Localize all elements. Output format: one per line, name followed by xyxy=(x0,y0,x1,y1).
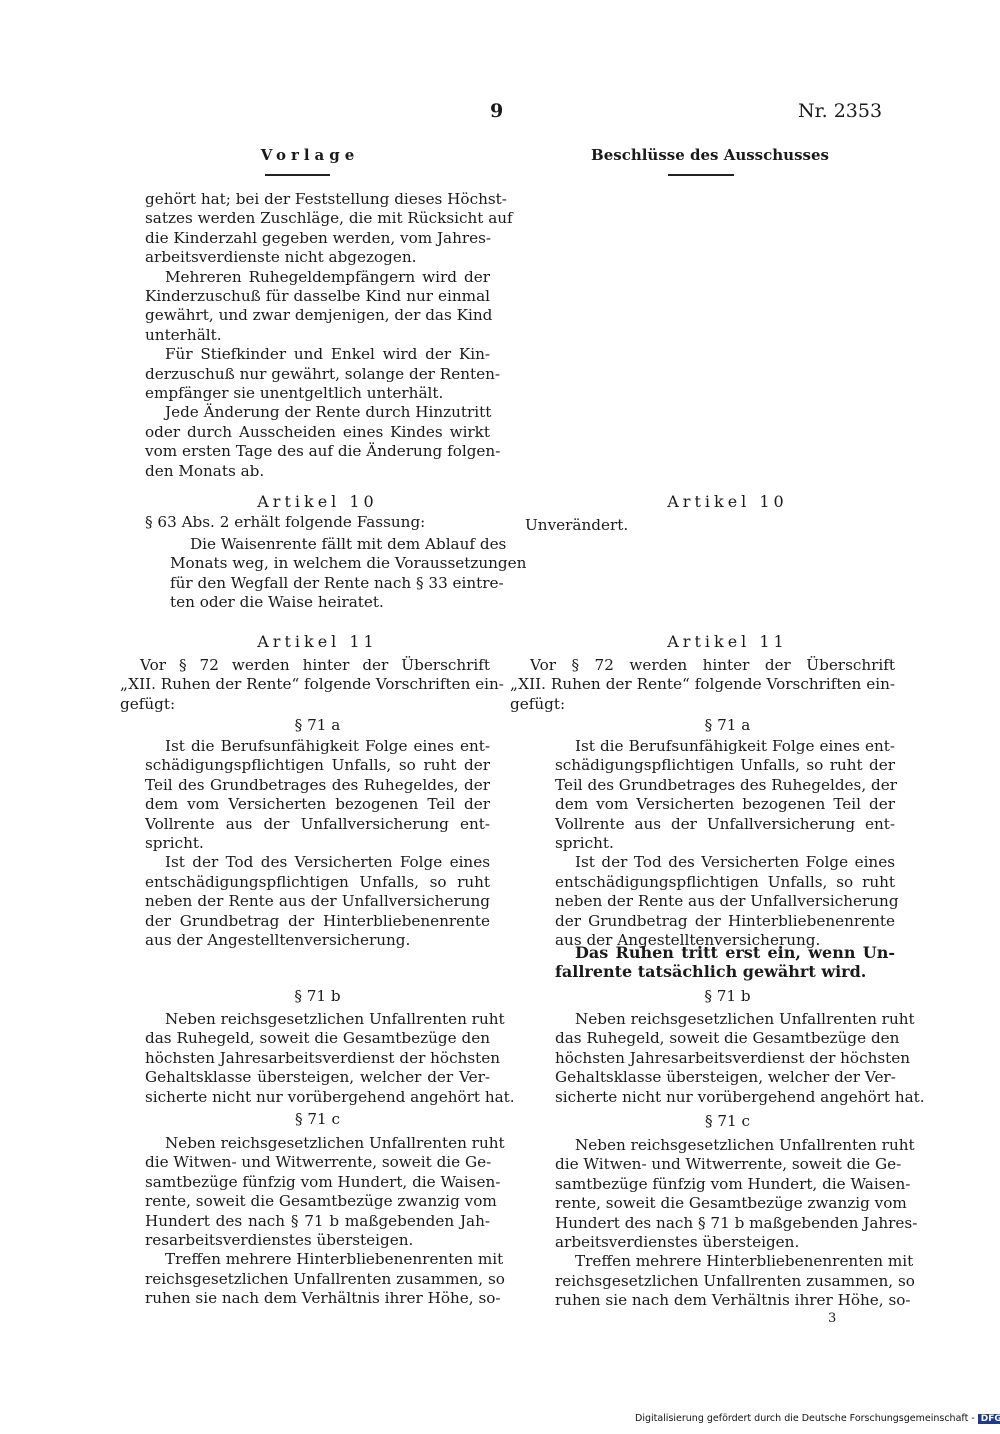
text-line: gehört hat; bei der Feststellung dieses … xyxy=(145,190,490,209)
right-column-title: Beschlüsse des Ausschusses xyxy=(560,146,860,164)
right-title-rule xyxy=(668,174,734,176)
text-line: empfänger sie unentgeltlich unterhält. xyxy=(145,384,490,403)
text-line: das Ruhegeld, soweit die Gesamtbezüge de… xyxy=(555,1029,895,1048)
text-line: samtbezüge fünfzig vom Hundert, die Wais… xyxy=(145,1173,490,1192)
text-line: die Witwen- und Witwerrente, soweit die … xyxy=(145,1153,490,1172)
text-line: ten oder die Waise heiratet. xyxy=(170,593,490,612)
text-line: den Monats ab. xyxy=(145,462,490,481)
text-line: Für Stiefkinder und Enkel wird der Kin- xyxy=(145,345,490,364)
text-line: der Grundbetrag der Hinterbliebenenrente xyxy=(555,912,895,931)
right-art10-text-wrap: Unverändert. xyxy=(525,516,870,535)
document-number: Nr. 2353 xyxy=(798,100,882,122)
text-line: oder durch Ausscheiden eines Kindes wirk… xyxy=(145,423,490,442)
text-line: gefügt: xyxy=(120,695,490,714)
text-line: arbeitsverdienstes übersteigen. xyxy=(555,1233,895,1252)
text-line: Treffen mehrere Hinterbliebenenrenten mi… xyxy=(145,1250,490,1269)
text-line: Teil des Grundbetrages des Ruhegeldes, d… xyxy=(145,776,490,795)
text-line: sicherte nicht nur vorübergehend angehör… xyxy=(555,1088,895,1107)
right-p71b-heading-wrap: § 71 b xyxy=(555,987,900,1006)
text-line: dem vom Versicherten bezogenen Teil der xyxy=(145,795,490,814)
text-line: vom ersten Tage des auf die Änderung fol… xyxy=(145,442,490,461)
text-line: Das Ruhen tritt erst ein, wenn Un- xyxy=(555,943,895,962)
text-line: Jede Änderung der Rente durch Hinzutritt xyxy=(145,403,490,422)
text-line: „XII. Ruhen der Rente“ folgende Vorschri… xyxy=(120,675,490,694)
text-line: Neben reichsgesetzlichen Unfallrenten ru… xyxy=(145,1134,490,1153)
left-p71a-heading: § 71 a xyxy=(145,716,490,735)
text-line: „XII. Ruhen der Rente“ folgende Vorschri… xyxy=(510,675,895,694)
text-line: dem vom Versicherten bezogenen Teil der xyxy=(555,795,895,814)
left-art10-text: Die Waisenrente fällt mit dem Ablauf des… xyxy=(170,535,490,613)
left-p71b-heading-wrap: § 71 b xyxy=(145,987,490,1006)
text-line: Gehaltsklasse übersteigen, welcher der V… xyxy=(145,1068,490,1087)
text-line: Vollrente aus der Unfallversicherung ent… xyxy=(555,815,895,834)
page-number: 9 xyxy=(490,100,503,122)
text-line: arbeitsverdienste nicht abgezogen. xyxy=(145,248,490,267)
left-p71c-text: Neben reichsgesetzlichen Unfallrenten ru… xyxy=(145,1134,490,1309)
text-line: neben der Rente aus der Unfallversicheru… xyxy=(555,892,895,911)
text-line: schädigungspflichtigen Unfalls, so ruht … xyxy=(145,756,490,775)
left-article-10: Artikel 10 § 63 Abs. 2 erhält folgende F… xyxy=(145,492,490,533)
text-line: die Witwen- und Witwerrente, soweit die … xyxy=(555,1155,895,1174)
right-art10-heading: Artikel 10 xyxy=(555,492,900,511)
text-line: Mehreren Ruhegeldempfängern wird der xyxy=(145,268,490,287)
left-art10-heading: Artikel 10 xyxy=(145,492,490,511)
left-p71b-heading: § 71 b xyxy=(145,987,490,1006)
text-line: ruhen sie nach dem Verhältnis ihrer Höhe… xyxy=(555,1291,895,1310)
digitization-credit: Digitalisierung gefördert durch die Deut… xyxy=(635,1413,1000,1424)
text-line: Neben reichsgesetzlichen Unfallrenten ru… xyxy=(555,1136,895,1155)
text-line: Treffen mehrere Hinterbliebenenrenten mi… xyxy=(555,1252,895,1271)
left-art10-lead: § 63 Abs. 2 erhält folgende Fassung: xyxy=(145,513,490,532)
text-line: Ist die Berufsunfähigkeit Folge eines en… xyxy=(555,737,895,756)
text-line: Ist der Tod des Versicherten Folge eines xyxy=(555,853,895,872)
right-p71b-heading: § 71 b xyxy=(555,987,900,1006)
left-p71a-text: Ist die Berufsunfähigkeit Folge eines en… xyxy=(145,737,490,950)
right-p71a-text: Ist die Berufsunfähigkeit Folge eines en… xyxy=(555,737,895,950)
text-line: höchsten Jahresarbeitsverdienst der höch… xyxy=(145,1049,490,1068)
text-line: Die Waisenrente fällt mit dem Ablauf des xyxy=(170,535,490,554)
text-line: rente, soweit die Gesamtbezüge zwanzig v… xyxy=(145,1192,490,1211)
text-line: Vor § 72 werden hinter der Überschrift xyxy=(510,656,895,675)
text-line: satzes werden Zuschläge, die mit Rücksic… xyxy=(145,209,490,228)
text-line: rente, soweit die Gesamtbezüge zwanzig v… xyxy=(555,1194,895,1213)
text-line: Gehaltsklasse übersteigen, welcher der V… xyxy=(555,1068,895,1087)
text-line: unterhält. xyxy=(145,326,490,345)
right-p71c-heading: § 71 c xyxy=(555,1112,900,1131)
text-line: aus der Angestelltenversicherung. xyxy=(145,931,490,950)
left-column-title: Vorlage xyxy=(165,146,455,164)
text-line: die Kinderzahl gegeben werden, vom Jahre… xyxy=(145,229,490,248)
text-line: resarbeitsverdienstes übersteigen. xyxy=(145,1231,490,1250)
text-line: reichsgesetzlichen Unfallrenten zusammen… xyxy=(555,1272,895,1291)
text-line: der Grundbetrag der Hinterbliebenenrente xyxy=(145,912,490,931)
text-line: schädigungspflichtigen Unfalls, so ruht … xyxy=(555,756,895,775)
left-p71a-heading-wrap: § 71 a xyxy=(145,716,490,735)
left-p71b-text: Neben reichsgesetzlichen Unfallrenten ru… xyxy=(145,1010,490,1107)
text-line: ruhen sie nach dem Verhältnis ihrer Höhe… xyxy=(145,1289,490,1308)
text-line: Monats weg, in welchem die Voraussetzung… xyxy=(170,554,490,573)
left-title-rule xyxy=(265,174,330,176)
text-line: gefügt: xyxy=(510,695,895,714)
text-line: samtbezüge fünfzig vom Hundert, die Wais… xyxy=(555,1175,895,1194)
text-line: höchsten Jahresarbeitsverdienst der höch… xyxy=(555,1049,895,1068)
left-p71c-heading-wrap: § 71 c xyxy=(145,1110,490,1129)
text-line: Kinderzuschuß für dasselbe Kind nur einm… xyxy=(145,287,490,306)
right-article-10: Artikel 10 xyxy=(555,492,900,511)
text-line: spricht. xyxy=(145,834,490,853)
text-line: spricht. xyxy=(555,834,895,853)
text-line: Vollrente aus der Unfallversicherung ent… xyxy=(145,815,490,834)
sheet-number: 3 xyxy=(828,1311,836,1326)
dfg-logo: DFG xyxy=(978,1414,1000,1424)
text-line: fallrente tatsächlich gewährt wird. xyxy=(555,962,895,981)
text-line: Vor § 72 werden hinter der Überschrift xyxy=(120,656,490,675)
text-line: Ist der Tod des Versicherten Folge eines xyxy=(145,853,490,872)
text-line: Neben reichsgesetzlichen Unfallrenten ru… xyxy=(555,1010,895,1029)
left-p71c-heading: § 71 c xyxy=(145,1110,490,1129)
left-intro-block: gehört hat; bei der Feststellung dieses … xyxy=(145,190,490,481)
right-art11-intro: Vor § 72 werden hinter der Überschrift„X… xyxy=(510,656,895,714)
right-p71a-heading-wrap: § 71 a xyxy=(555,716,900,735)
text-line: gewährt, und zwar demjenigen, der das Ki… xyxy=(145,306,490,325)
text-line: für den Wegfall der Rente nach § 33 eint… xyxy=(170,574,490,593)
right-p71a-addition: Das Ruhen tritt erst ein, wenn Un-fallre… xyxy=(555,943,895,982)
text-line: reichsgesetzlichen Unfallrenten zusammen… xyxy=(145,1270,490,1289)
text-line: derzuschuß nur gewährt, solange der Rent… xyxy=(145,365,490,384)
credit-text: Digitalisierung gefördert durch die Deut… xyxy=(635,1413,975,1424)
left-article-11: Artikel 11 xyxy=(145,632,490,651)
text-line: Ist die Berufsunfähigkeit Folge eines en… xyxy=(145,737,490,756)
text-line: Neben reichsgesetzlichen Unfallrenten ru… xyxy=(145,1010,490,1029)
right-p71a-heading: § 71 a xyxy=(555,716,900,735)
text-line: das Ruhegeld, soweit die Gesamtbezüge de… xyxy=(145,1029,490,1048)
text-line: neben der Rente aus der Unfallversicheru… xyxy=(145,892,490,911)
text-line: Hundert des nach § 71 b maßgebenden Jahr… xyxy=(555,1214,895,1233)
text-line: sicherte nicht nur vorübergehend angehör… xyxy=(145,1088,490,1107)
right-art11-heading: Artikel 11 xyxy=(555,632,900,651)
right-p71c-heading-wrap: § 71 c xyxy=(555,1112,900,1131)
text-line: Teil des Grundbetrages des Ruhegeldes, d… xyxy=(555,776,895,795)
right-p71b-text: Neben reichsgesetzlichen Unfallrenten ru… xyxy=(555,1010,895,1107)
left-art11-intro: Vor § 72 werden hinter der Überschrift„X… xyxy=(120,656,490,714)
right-p71c-text: Neben reichsgesetzlichen Unfallrenten ru… xyxy=(555,1136,895,1311)
left-art11-heading: Artikel 11 xyxy=(145,632,490,651)
right-art10-text: Unverändert. xyxy=(525,516,870,535)
text-line: entschädigungspflichtigen Unfalls, so ru… xyxy=(145,873,490,892)
text-line: entschädigungspflichtigen Unfalls, so ru… xyxy=(555,873,895,892)
right-article-11: Artikel 11 xyxy=(555,632,900,651)
text-line: Hundert des nach § 71 b maßgebenden Jah- xyxy=(145,1212,490,1231)
